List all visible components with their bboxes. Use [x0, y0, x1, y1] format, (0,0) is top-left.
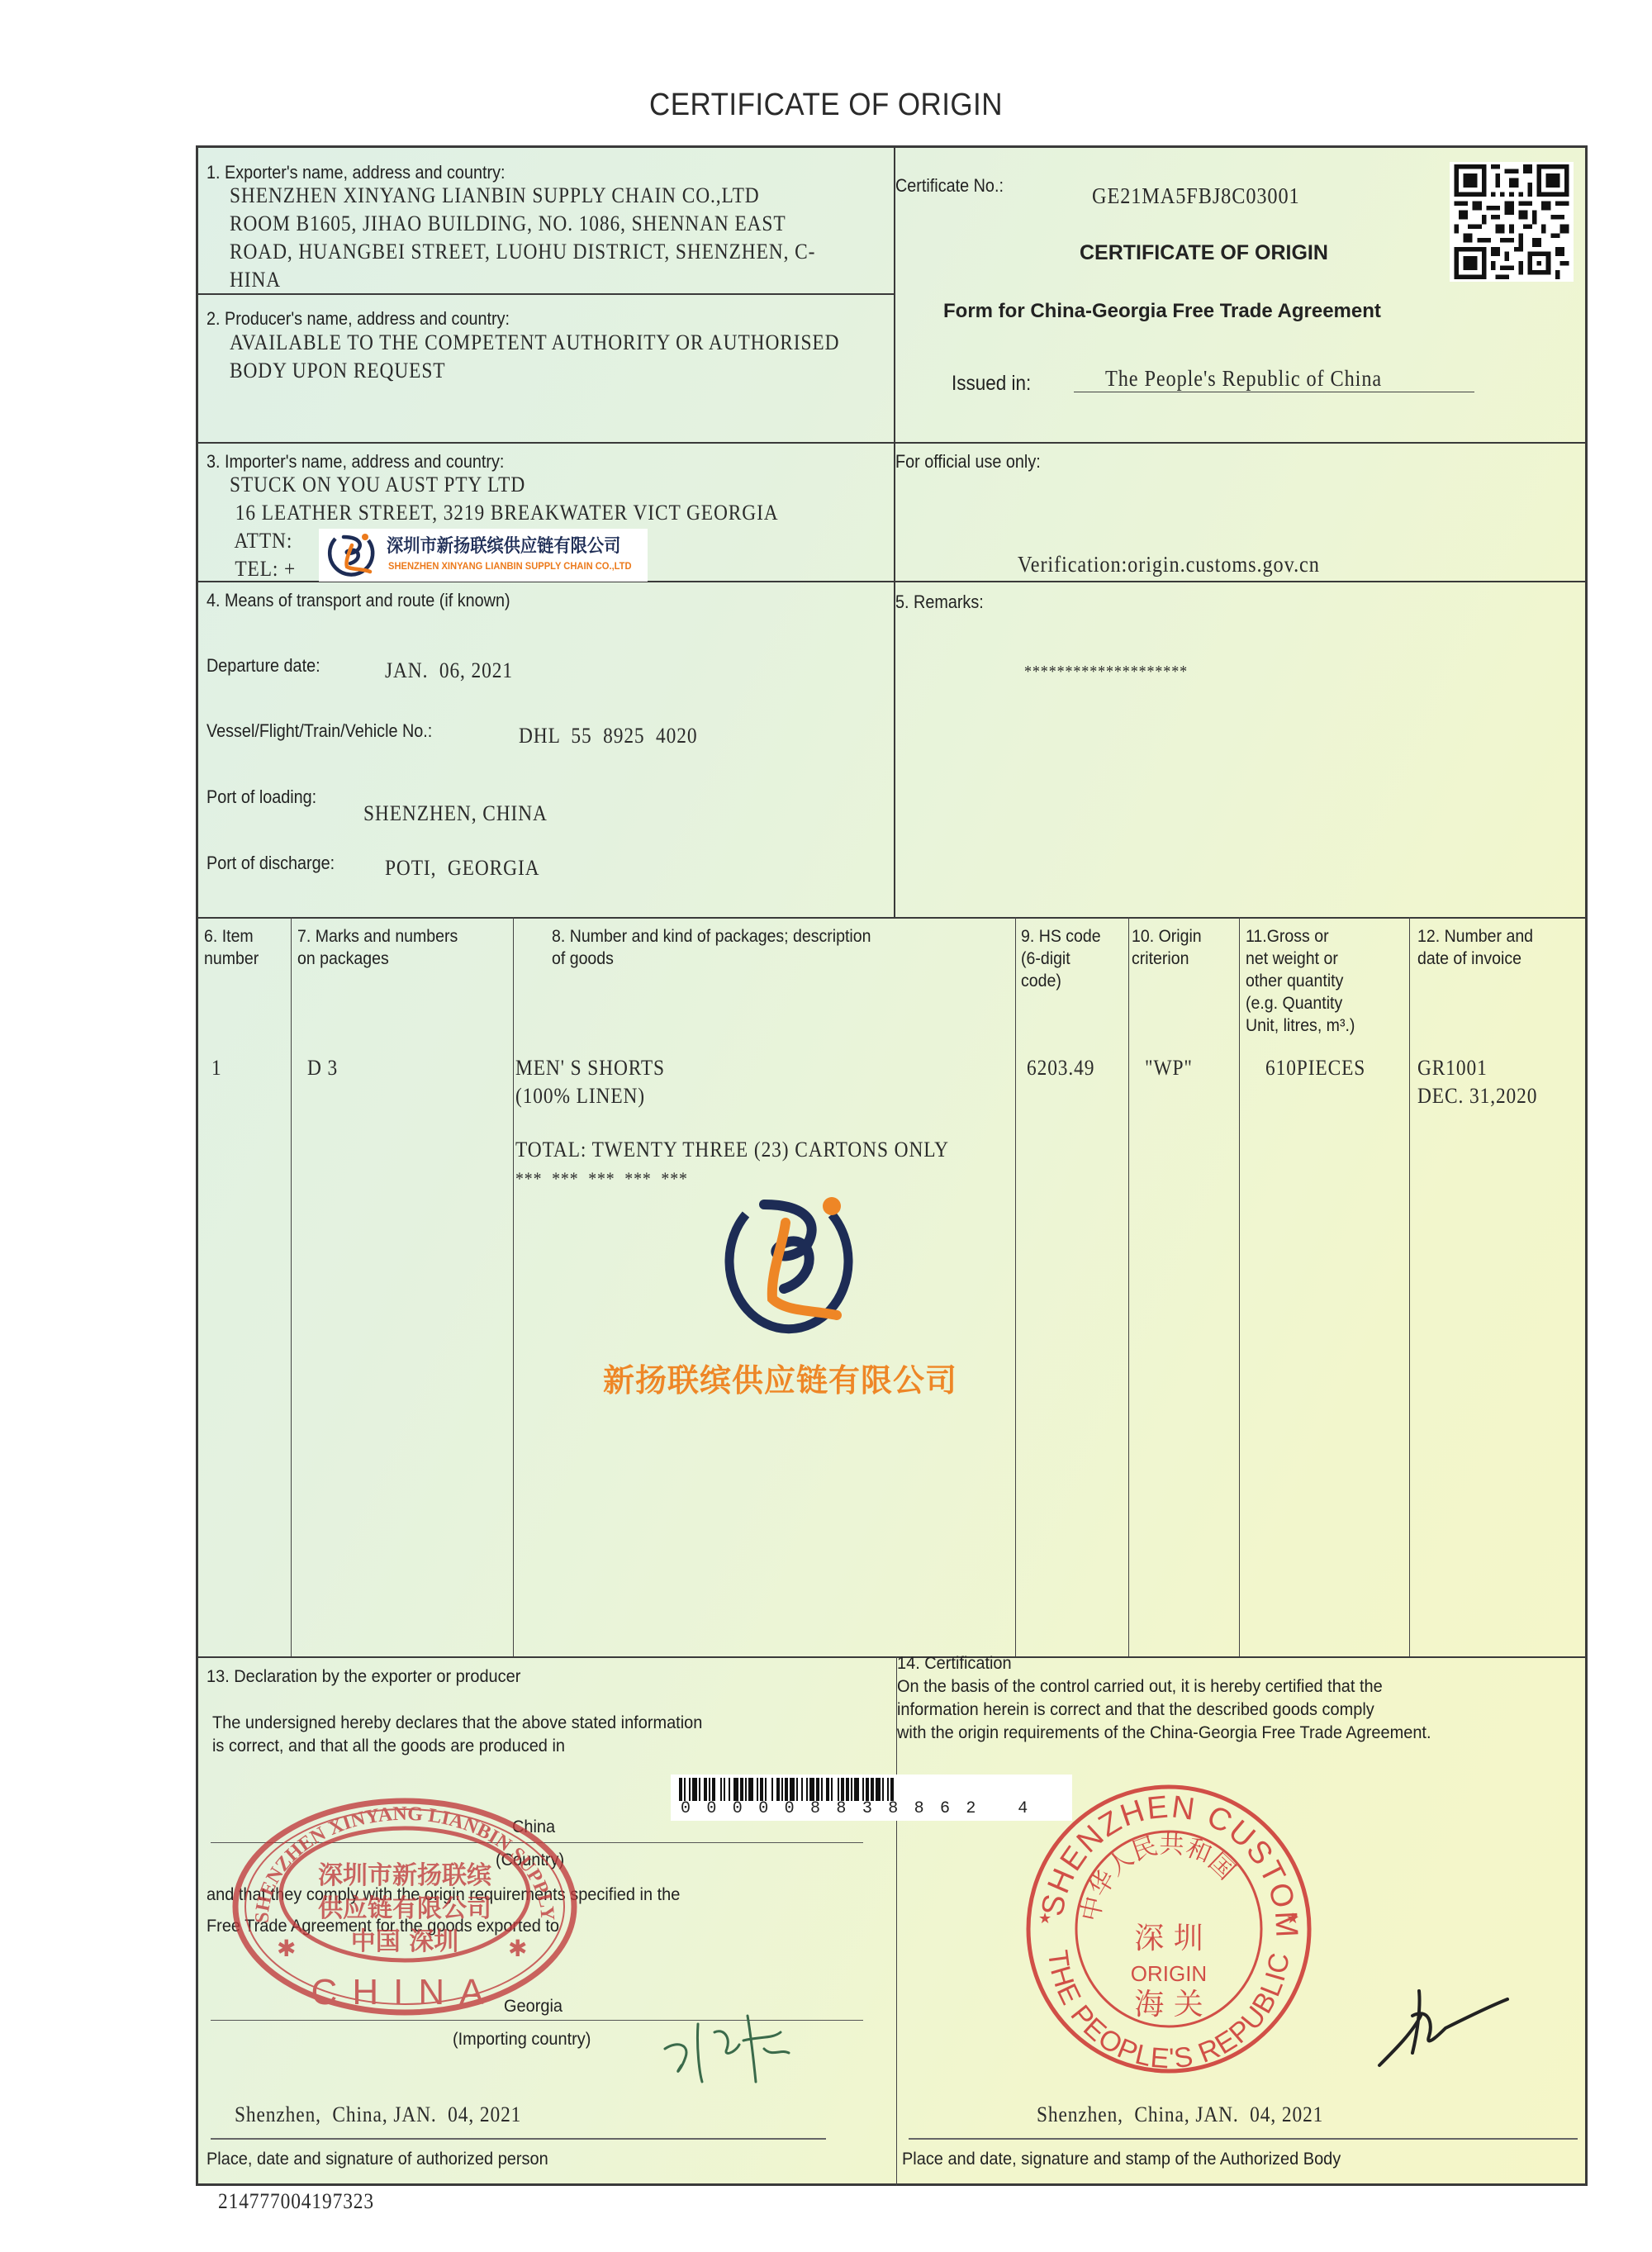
form-agreement-title: Form for China-Georgia Free Trade Agreem…: [943, 300, 1381, 323]
verification-url: Verification:origin.customs.gov.cn: [1018, 552, 1320, 577]
issued-in-label: Issued in:: [952, 372, 1031, 396]
svg-text:★: ★: [1038, 1910, 1051, 1927]
svg-text:深圳市新扬联缤: 深圳市新扬联缤: [318, 1861, 491, 1890]
col-header-origin-criterion: 10. Origin criterion: [1132, 925, 1202, 970]
exporter-line: SHENZHEN XINYANG LIANBIN SUPPLY CHAIN CO…: [230, 183, 760, 208]
svg-text:✱: ✱: [508, 1936, 527, 1961]
importer-line: ATTN:: [230, 529, 292, 553]
port-of-loading: SHENZHEN, CHINA: [363, 801, 548, 826]
svg-text:ORIGIN: ORIGIN: [1131, 1961, 1207, 1986]
declaration-text: The undersigned hereby declares that the…: [212, 1712, 702, 1735]
box2-label: 2. Producer's name, address and country:: [206, 308, 510, 330]
header-certificate-heading: CERTIFICATE OF ORIGIN: [1080, 241, 1328, 265]
col-header-invoice: 12. Number and date of invoice: [1417, 925, 1533, 970]
company-logo-icon: [706, 1190, 888, 1355]
certificate-no-label: Certificate No.:: [895, 175, 1004, 197]
goods-description: MEN' S SHORTS: [515, 1056, 665, 1081]
importing-country-caption: (Importing country): [453, 2028, 591, 2051]
document-title: CERTIFICATE OF ORIGIN: [66, 88, 1586, 123]
divider: [1409, 917, 1410, 1656]
vessel-label: Vessel/Flight/Train/Vehicle No.:: [206, 720, 432, 742]
svg-text:CHINA: CHINA: [311, 1972, 499, 2012]
invoice-number: GR1001: [1417, 1056, 1488, 1081]
divider: [1239, 917, 1240, 1656]
svg-text:中国 深圳: 中国 深圳: [351, 1927, 458, 1956]
certification-text: with the origin requirements of the Chin…: [897, 1722, 1431, 1745]
exporter-signature: [657, 1999, 822, 2090]
issued-in-value: The People's Republic of China: [1105, 366, 1382, 392]
quantity: 610PIECES: [1265, 1056, 1365, 1081]
divider: [196, 1656, 1588, 1658]
producer-line: AVAILABLE TO THE COMPETENT AUTHORITY OR …: [230, 330, 839, 355]
svg-text:海 关: 海 关: [1134, 1988, 1203, 2022]
banner-company-name-cn: 深圳市新扬联缤供应链有限公司: [387, 532, 620, 558]
total-packages: TOTAL: TWENTY THREE (23) CARTONS ONLY: [515, 1138, 949, 1162]
importer-line: STUCK ON YOU AUST PTY LTD: [230, 473, 525, 497]
item-number: 1: [211, 1056, 222, 1081]
producer-line: BODY UPON REQUEST: [230, 359, 445, 383]
marks-numbers: D 3: [307, 1056, 338, 1081]
hs-code: 6203.49: [1027, 1056, 1094, 1081]
official-use-label: For official use only:: [895, 451, 1041, 473]
box14-label: 14. Certification: [897, 1652, 1012, 1675]
box3-label: 3. Importer's name, address and country:: [206, 451, 504, 473]
vessel-number: DHL 55 8925 4020: [519, 724, 697, 748]
origin-criterion: "WP": [1145, 1056, 1193, 1081]
divider: [196, 442, 1588, 444]
box5-label: 5. Remarks:: [895, 592, 984, 613]
divider: [513, 917, 514, 1656]
importer-line: TEL: +: [230, 557, 296, 582]
col-header-hs-code: 9. HS code (6-digit code): [1021, 925, 1101, 992]
svg-text:深 圳: 深 圳: [1134, 1922, 1203, 1955]
box13-label: 13. Declaration by the exporter or produ…: [206, 1665, 520, 1689]
remarks-value: ********************: [1024, 663, 1188, 682]
port-of-discharge: POTI, GEORGIA: [385, 856, 539, 881]
box1-label: 1. Exporter's name, address and country:: [206, 162, 505, 183]
col-header-description: 8. Number and kind of packages; descript…: [552, 925, 871, 970]
serial-number: 214777004197323: [218, 2189, 374, 2214]
departure-date-label: Departure date:: [206, 655, 320, 677]
goods-description: (100% LINEN): [515, 1084, 645, 1109]
divider: [1128, 917, 1129, 1656]
declaration-text: is correct, and that all the goods are p…: [212, 1735, 565, 1758]
divider: [196, 293, 895, 295]
divider: [196, 917, 1588, 919]
qr-code-icon: [1450, 162, 1574, 282]
exporter-line: ROAD, HUANGBEI STREET, LUOHU DISTRICT, S…: [230, 240, 815, 264]
port-of-discharge-label: Port of discharge:: [206, 853, 335, 874]
barcode-number: 000008838862 4: [681, 1799, 1066, 1818]
barcode: 000008838862 4: [671, 1775, 1072, 1821]
authority-footer-label: Place and date, signature and stamp of t…: [902, 2148, 1341, 2171]
end-marks: *** *** *** *** ***: [515, 1168, 688, 1190]
invoice-date: DEC. 31,2020: [1417, 1084, 1537, 1109]
place-date-underline: [211, 2138, 826, 2140]
exporter-line: HINA: [230, 268, 281, 292]
place-date-underline: [909, 2138, 1578, 2140]
exporter-footer-label: Place, date and signature of authorized …: [206, 2148, 548, 2171]
issued-in-underline: [1074, 392, 1474, 392]
company-logo-icon: [322, 529, 380, 582]
customs-stamp: SHENZHEN CUSTOMS THE PEOPLE'S REPUBLIC O…: [1020, 1779, 1317, 2076]
company-logo-banner: 深圳市新扬联缤供应链有限公司 SHENZHEN XINYANG LIANBIN …: [319, 529, 648, 582]
exporter-place-date: Shenzhen, China, JAN. 04, 2021: [235, 2102, 521, 2127]
watermark-company-name: 新扬联缤供应链有限公司: [603, 1355, 957, 1400]
divider: [291, 917, 292, 1656]
svg-text:供应链有限公司: 供应链有限公司: [318, 1894, 491, 1923]
port-of-loading-label: Port of loading:: [206, 786, 316, 808]
exporter-company-stamp: SHENZHEN XINYANG LIANBIN SUPPLY CHAIN CO…: [219, 1791, 591, 2022]
certification-text: information herein is correct and that t…: [897, 1699, 1374, 1722]
col-header-quantity: 11.Gross or net weight or other quantity…: [1246, 925, 1355, 1037]
svg-text:✱: ✱: [277, 1936, 296, 1961]
banner-company-name-en: SHENZHEN XINYANG LIANBIN SUPPLY CHAIN CO…: [388, 560, 632, 572]
authority-signature: [1363, 1974, 1528, 2074]
departure-date: JAN. 06, 2021: [385, 658, 513, 683]
col-header-marks: 7. Marks and numbers on packages: [297, 925, 458, 970]
box4-label: 4. Means of transport and route (if know…: [206, 590, 510, 611]
barcode-icon: [679, 1778, 1064, 1801]
svg-text:★: ★: [1286, 1910, 1299, 1927]
col-header-item: 6. Item number: [204, 925, 259, 970]
exporter-line: ROOM B1605, JIHAO BUILDING, NO. 1086, SH…: [230, 211, 786, 236]
divider: [894, 145, 895, 918]
authority-place-date: Shenzhen, China, JAN. 04, 2021: [1037, 2102, 1323, 2127]
certificate-no: GE21MA5FBJ8C03001: [1092, 183, 1300, 209]
importer-line: 16 LEATHER STREET, 3219 BREAKWATER VICT …: [230, 501, 779, 525]
divider: [1015, 917, 1016, 1656]
certification-text: On the basis of the control carried out,…: [897, 1675, 1383, 1699]
